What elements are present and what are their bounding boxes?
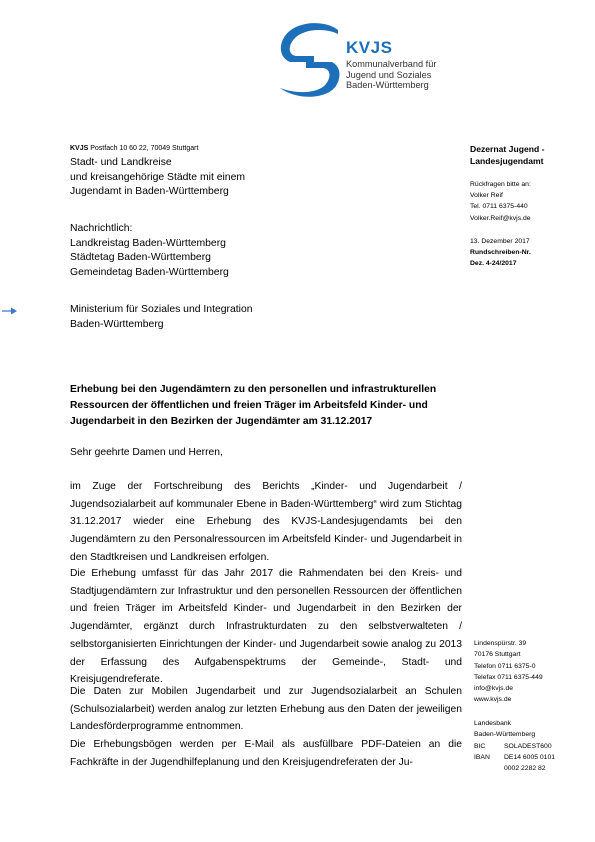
footer-city: 70176 Stuttgart xyxy=(474,649,543,660)
address-line: Gemeindetag Baden-Württemberg xyxy=(70,266,229,281)
address-line: Baden-Württemberg xyxy=(70,318,253,333)
circular-label: Rundschreiben-Nr. xyxy=(470,247,531,258)
logo-title: KVJS xyxy=(346,38,392,58)
circular-number: Dez. 4-24/2017 xyxy=(470,258,531,269)
cc-label: Nachrichtlich: xyxy=(70,222,229,237)
contact-email[interactable]: Volker.Reif@kvjs.de xyxy=(470,213,531,224)
spacer xyxy=(474,763,504,774)
salutation: Sehr geehrte Damen und Herren, xyxy=(70,447,223,458)
letter-subject: Erhebung bei den Jugendämtern zu den per… xyxy=(70,382,450,431)
recipient-primary: Stadt- und Landkreise und kreisangehörig… xyxy=(70,156,245,200)
sender-org: KVJS xyxy=(70,145,88,152)
bank-name: Landesbank xyxy=(474,718,555,729)
kvjs-logo-icon xyxy=(276,22,342,98)
body-paragraph: Die Daten zur Mobilen Jugendarbeit und z… xyxy=(70,683,462,736)
bic-label: BIC xyxy=(474,741,504,752)
iban-row-cont: 0002 2282 82 xyxy=(474,763,555,774)
contact-block: Rückfragen bitte an: Volker Reif Tel. 07… xyxy=(470,179,531,224)
department-name: Dezernat Jugend - xyxy=(470,143,545,155)
sender-line: KVJS Postfach 10 60 22, 70049 Stuttgart xyxy=(70,145,198,152)
sender-address: Postfach 10 60 22, 70049 Stuttgart xyxy=(90,145,198,152)
footer-address: Lindenspürstr. 39 70176 Stuttgart Telefo… xyxy=(474,638,543,706)
letter-date: 13. Dezember 2017 xyxy=(470,236,531,247)
iban-row: IBAN DE14 6005 0101 xyxy=(474,752,555,763)
arrow-right-icon xyxy=(2,307,18,315)
recipient-cc: Nachrichtlich: Landkreistag Baden-Württe… xyxy=(70,222,229,280)
department-name: Landesjugendamt xyxy=(470,155,545,167)
logo-subtitle-line: Baden-Württemberg xyxy=(346,80,436,91)
logo-subtitle-line: Kommunalverband für xyxy=(346,59,436,70)
address-line: Landkreistag Baden-Württemberg xyxy=(70,237,229,252)
recipient-ministry: Ministerium für Soziales und Integration… xyxy=(70,303,253,332)
address-line: Ministerium für Soziales und Integration xyxy=(70,303,253,318)
footer-fax: Telefax 0711 6375-449 xyxy=(474,672,543,683)
body-paragraph: Die Erhebung umfasst für das Jahr 2017 d… xyxy=(70,565,462,689)
date-block: 13. Dezember 2017 Rundschreiben-Nr. Dez.… xyxy=(470,236,531,270)
department-block: Dezernat Jugend - Landesjugendamt xyxy=(470,143,545,167)
logo-subtitle: Kommunalverband für Jugend und Soziales … xyxy=(346,59,436,91)
iban-label: IBAN xyxy=(474,752,504,763)
bic-value: SOLADEST600 xyxy=(504,741,552,752)
footer-street: Lindenspürstr. 39 xyxy=(474,638,543,649)
logo-subtitle-line: Jugend und Soziales xyxy=(346,70,436,81)
contact-name: Volker Reif xyxy=(470,190,531,201)
footer-email[interactable]: info@kvjs.de xyxy=(474,683,543,694)
contact-label: Rückfragen bitte an: xyxy=(470,179,531,190)
footer-bank: Landesbank Baden-Württemberg BIC SOLADES… xyxy=(474,718,555,774)
body-paragraph: im Zuge der Fortschreibung des Berichts … xyxy=(70,478,462,567)
footer-phone: Telefon 0711 6375-0 xyxy=(474,661,543,672)
address-line: und kreisangehörige Städte mit einem xyxy=(70,171,245,186)
iban-value: 0002 2282 82 xyxy=(504,763,546,774)
address-line: Städtetag Baden-Württemberg xyxy=(70,251,229,266)
bic-row: BIC SOLADEST600 xyxy=(474,741,555,752)
contact-phone: Tel. 0711 6375-440 xyxy=(470,201,531,212)
footer-web[interactable]: www.kvjs.de xyxy=(474,694,543,705)
address-line: Stadt- und Landkreise xyxy=(70,156,245,171)
bank-name: Baden-Württemberg xyxy=(474,729,555,740)
iban-value: DE14 6005 0101 xyxy=(504,752,555,763)
address-line: Jugendamt in Baden-Württemberg xyxy=(70,185,245,200)
body-paragraph: Die Erhebungsbögen werden per E-Mail als… xyxy=(70,736,462,771)
